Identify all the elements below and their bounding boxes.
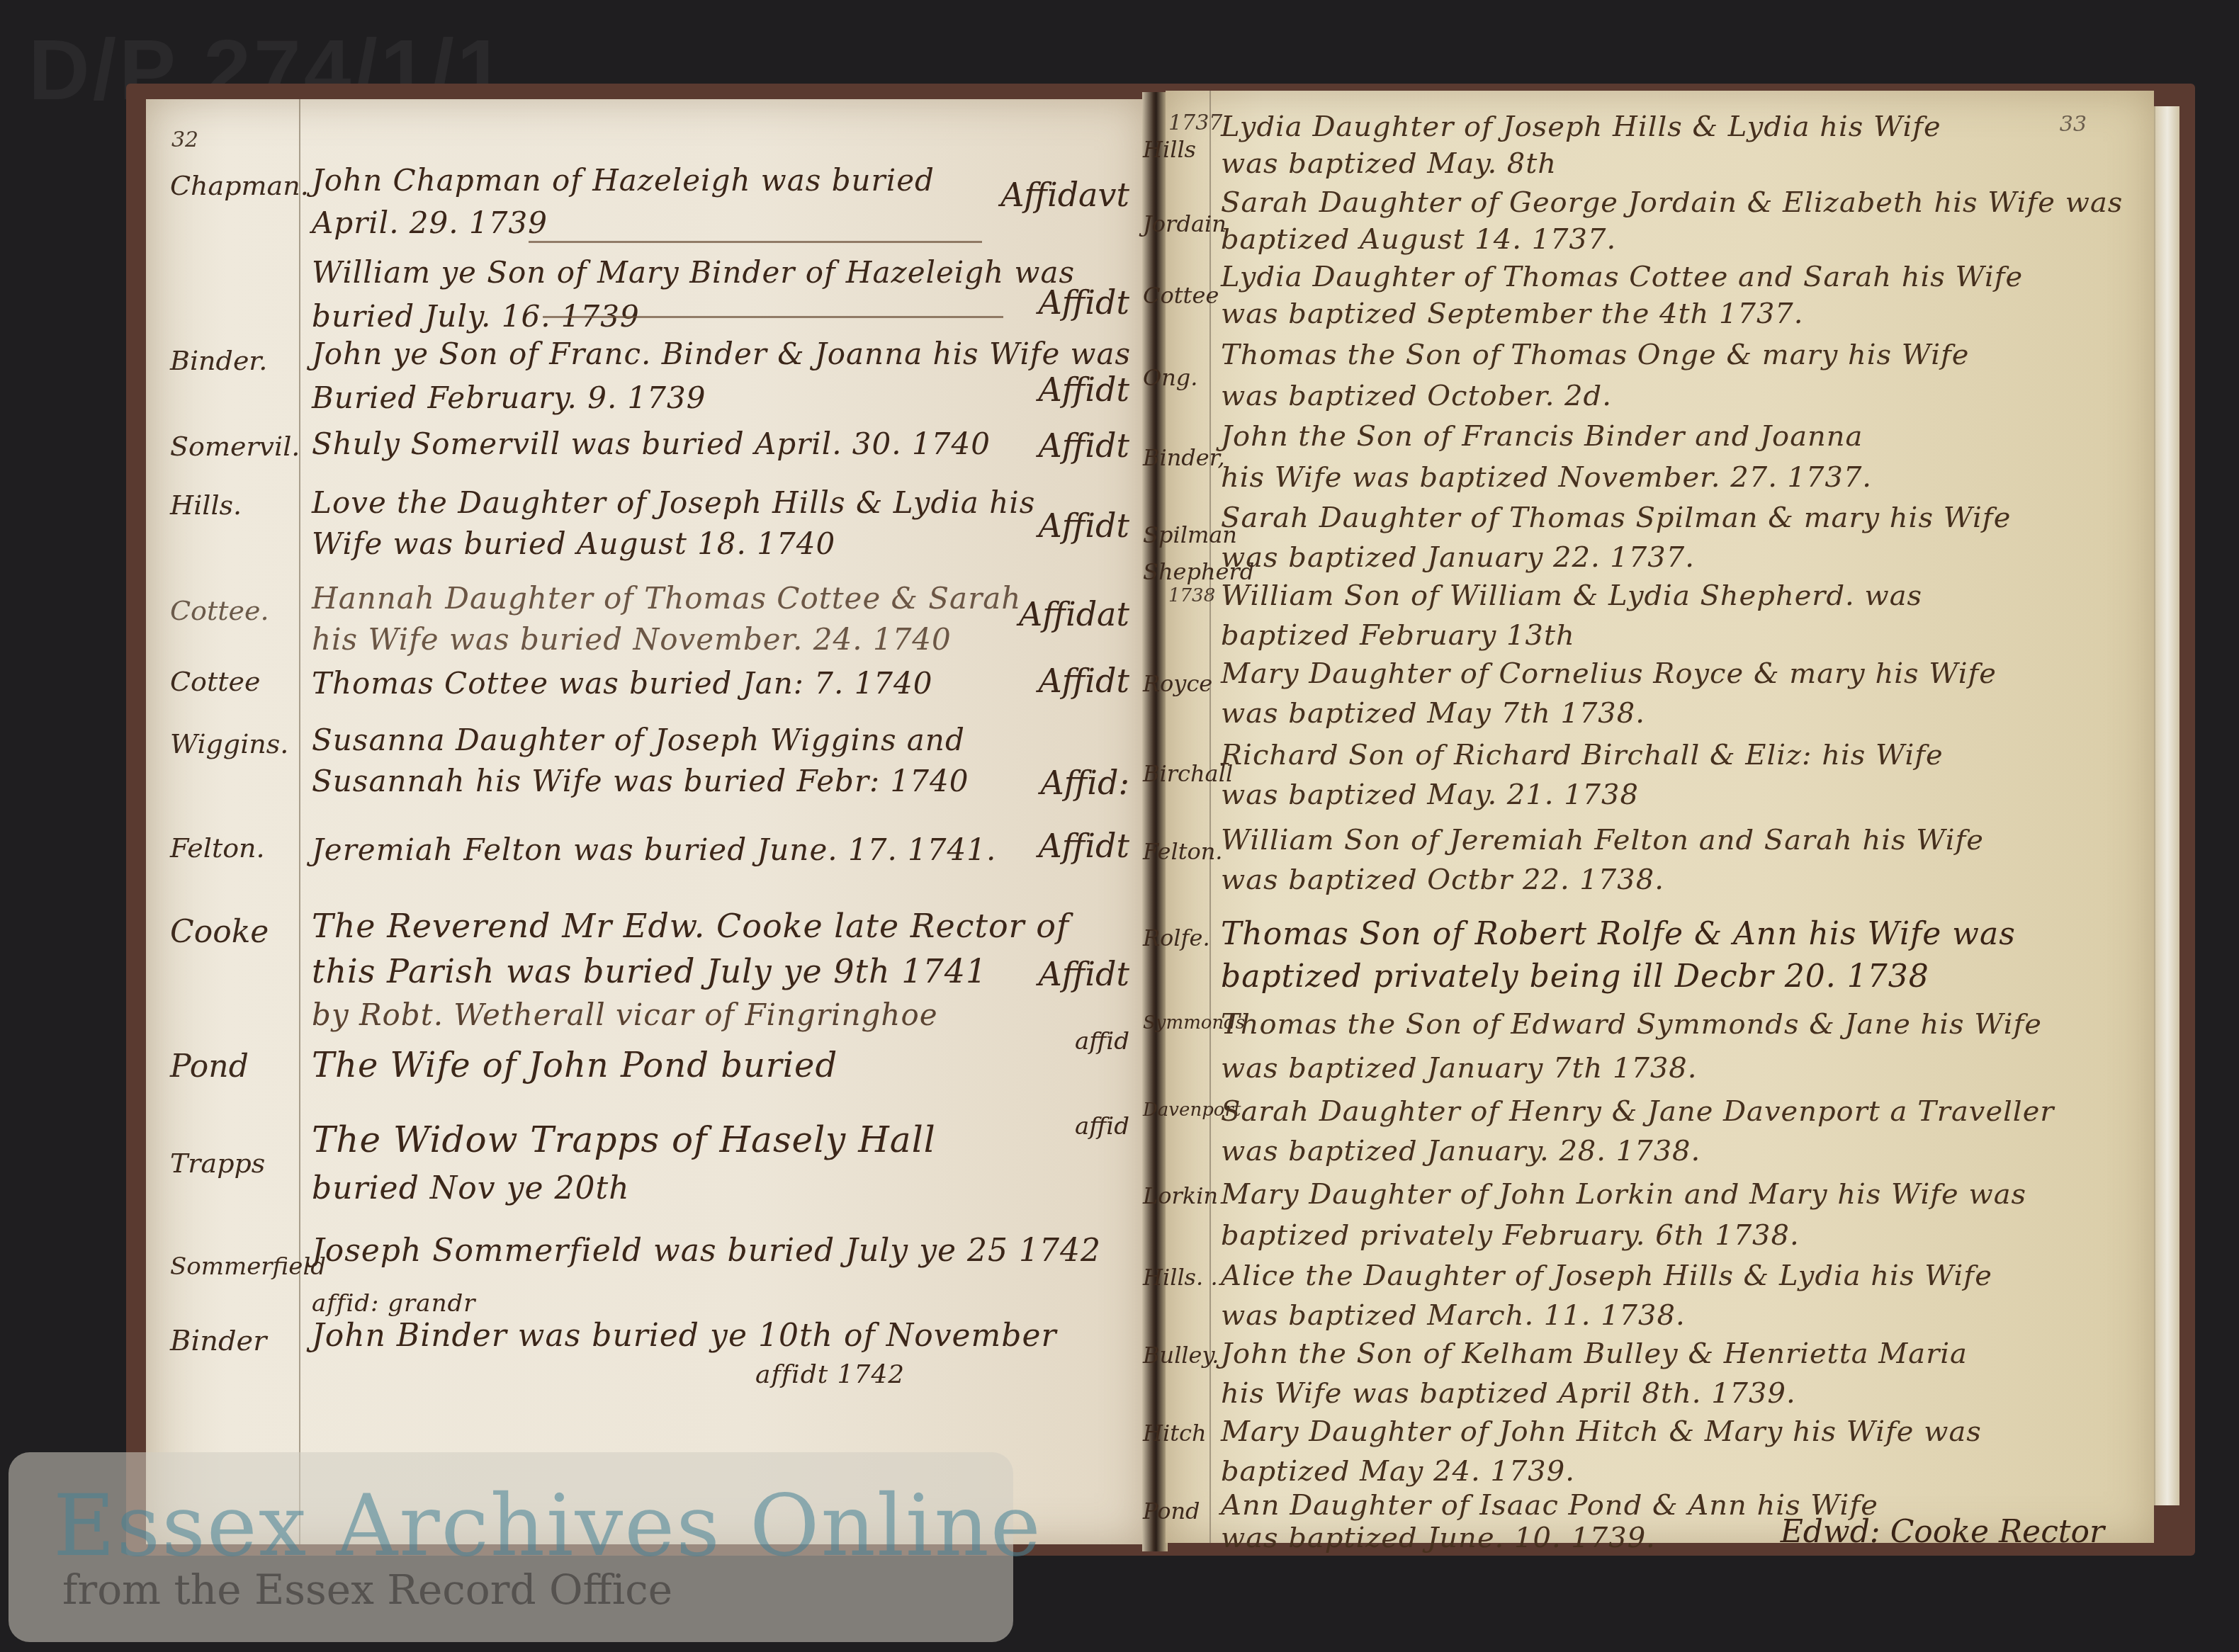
entry-line: John ye Son of Franc. Binder & Joanna hi… bbox=[312, 336, 1131, 371]
entry-surname: Hills. bbox=[170, 490, 298, 521]
entry-line: William ye Son of Mary Binder of Hazelei… bbox=[312, 255, 1075, 290]
entry-line: Susanna Daughter of Joseph Wiggins and bbox=[312, 723, 965, 757]
entry-line: baptized February 13th bbox=[1221, 619, 1575, 652]
margin-rule bbox=[299, 99, 300, 1544]
entry-line: The Wife of John Pond buried bbox=[312, 1046, 837, 1085]
watermark-subtitle: from the Essex Record Office bbox=[62, 1566, 672, 1614]
entry-surname: Sommerfield bbox=[170, 1252, 298, 1281]
entry-line: Thomas the Son of Edward Symmonds & Jane… bbox=[1221, 1008, 2042, 1041]
entry-line: baptized August 14. 1737. bbox=[1221, 223, 1616, 256]
right-page: 33 1737. 1738 Hills Lydia Daughter of Jo… bbox=[1166, 91, 2154, 1543]
affidavit-note: Affidt bbox=[1039, 283, 1129, 322]
entry-line: Thomas Son of Robert Rolfe & Ann his Wif… bbox=[1221, 916, 2016, 952]
entry-line: Joseph Sommerfield was buried July ye 25… bbox=[312, 1233, 1101, 1269]
entry-line: Lydia Daughter of Joseph Hills & Lydia h… bbox=[1221, 111, 1941, 143]
entry-surname: Symmonds bbox=[1143, 1012, 1208, 1034]
entry-line: was baptized September the 4th 1737. bbox=[1221, 298, 1804, 330]
entry-line: Hannah Daughter of Thomas Cottee & Sarah bbox=[312, 581, 1021, 616]
entry-line: John Binder was buried ye 10th of Novemb… bbox=[312, 1318, 1057, 1354]
entry-surname: Chapman. bbox=[170, 170, 298, 201]
affidavit-note: Affidt bbox=[1039, 955, 1129, 993]
entry-line: April. 29. 1739 bbox=[312, 205, 548, 240]
entry-surname: Pond bbox=[1143, 1498, 1208, 1524]
entry-surname: Spilman bbox=[1143, 521, 1208, 548]
entry-line: John the Son of Francis Binder and Joann… bbox=[1221, 420, 1863, 453]
entry-line: was baptized Octbr 22. 1738. bbox=[1221, 864, 1664, 896]
entry-line: William Son of William & Lydia Shepherd.… bbox=[1221, 579, 1922, 612]
entry-surname: Binder bbox=[170, 1325, 298, 1357]
entry-line: baptized May 24. 1739. bbox=[1221, 1455, 1575, 1488]
entry-surname: Cottee. bbox=[170, 595, 298, 626]
entry-line: his Wife was baptized November. 27. 1737… bbox=[1221, 461, 1872, 494]
entry-line: Mary Daughter of John Hitch & Mary his W… bbox=[1221, 1415, 1982, 1448]
entry-line: was baptized May 7th 1738. bbox=[1221, 697, 1645, 730]
entry-line: Alice the Daughter of Joseph Hills & Lyd… bbox=[1221, 1260, 1992, 1292]
entry-surname: Hitch bbox=[1143, 1420, 1208, 1447]
entry-line: Sarah Daughter of George Jordain & Eliza… bbox=[1221, 186, 2123, 219]
entry-line: The Widow Trapps of Hasely Hall bbox=[312, 1119, 936, 1160]
entry-line: baptized privately being ill Decbr 20. 1… bbox=[1221, 958, 1929, 995]
entry-line: his Wife was buried November. 24. 1740 bbox=[312, 622, 952, 657]
entry-line: John Chapman of Hazeleigh was buried bbox=[312, 163, 935, 198]
watermark-title: Essex Archives Online bbox=[53, 1477, 1042, 1575]
entry-surname: Pond bbox=[170, 1048, 298, 1085]
entry-surname: Birchall bbox=[1143, 760, 1208, 787]
entry-surname: Wiggins. bbox=[170, 728, 298, 759]
affidavit-note: Affid: bbox=[1041, 764, 1129, 802]
entry-line: Thomas Cottee was buried Jan: 7. 1740 bbox=[312, 666, 933, 701]
entry-line: Thomas the Son of Thomas Onge & mary his… bbox=[1221, 339, 1969, 371]
entry-surname: Ong. bbox=[1143, 364, 1208, 391]
entry-line: by Robt. Wetherall vicar of Fingringhoe bbox=[312, 997, 938, 1032]
page-number: 33 bbox=[2060, 112, 2087, 137]
entry-surname: Bulley. bbox=[1143, 1342, 1208, 1369]
affidavit-note: Affidt bbox=[1039, 827, 1129, 865]
entry-surname: Hills bbox=[1143, 136, 1208, 163]
entry-line: affid: grandr bbox=[312, 1289, 476, 1318]
entry-line: Ann Daughter of Isaac Pond & Ann his Wif… bbox=[1221, 1489, 1878, 1522]
entry-surname: Binder, bbox=[1143, 444, 1208, 471]
affidavit-note: Affidt bbox=[1039, 370, 1129, 409]
entry-surname: Royce bbox=[1143, 670, 1208, 697]
year-heading: 1737. bbox=[1168, 111, 1229, 135]
entry-divider bbox=[543, 316, 1003, 318]
entry-line: William Son of Jeremiah Felton and Sarah… bbox=[1221, 824, 1984, 856]
entry-surname: Cooke bbox=[170, 914, 298, 950]
left-page: 32 Chapman. John Chapman of Hazeleigh wa… bbox=[146, 99, 1145, 1544]
year-note: 1738 bbox=[1168, 585, 1215, 606]
entry-surname: Rolfe. bbox=[1143, 924, 1208, 951]
entry-surname: Jordain bbox=[1143, 210, 1208, 237]
affidavit-note: affid bbox=[1075, 1027, 1129, 1056]
entry-line: was baptized June. 10. 1739. bbox=[1221, 1522, 1656, 1554]
entry-line: was baptized March. 11. 1738. bbox=[1221, 1299, 1686, 1332]
entry-surname: Davenport. bbox=[1143, 1099, 1208, 1121]
entry-line: Shuly Somervill was buried April. 30. 17… bbox=[312, 426, 991, 461]
entry-line: was baptized May. 21. 1738 bbox=[1221, 779, 1639, 811]
affidavit-note: Affidavt bbox=[1000, 176, 1129, 214]
affidavit-note: Affidt bbox=[1039, 507, 1129, 545]
entry-line: Sarah Daughter of Thomas Spilman & mary … bbox=[1221, 502, 2011, 534]
entry-line: Richard Son of Richard Birchall & Eliz: … bbox=[1221, 739, 1944, 771]
affidavit-note: Affidat bbox=[1019, 595, 1129, 633]
entry-line: Mary Daughter of Cornelius Royce & mary … bbox=[1221, 657, 1997, 690]
rector-signature: Edwd: Cooke Rector bbox=[1781, 1514, 2104, 1550]
entry-line: Susannah his Wife was buried Febr: 1740 bbox=[312, 764, 969, 798]
affidavit-note: Affidt bbox=[1039, 426, 1129, 465]
page-edges bbox=[2154, 106, 2179, 1505]
entry-line: Mary Daughter of John Lorkin and Mary hi… bbox=[1221, 1178, 2026, 1211]
entry-line: Sarah Daughter of Henry & Jane Davenport… bbox=[1221, 1095, 2054, 1128]
entry-surname: Trapps bbox=[170, 1148, 298, 1179]
entry-line: Wife was buried August 18. 1740 bbox=[312, 526, 835, 561]
entry-line: Jeremiah Felton was buried June. 17. 174… bbox=[312, 832, 996, 867]
entry-surname: Cottee bbox=[170, 666, 298, 697]
entry-surname: Somervil. bbox=[170, 431, 298, 462]
entry-line: John the Son of Kelham Bulley & Henriett… bbox=[1221, 1337, 1968, 1370]
affidavit-note: Affidt bbox=[1039, 662, 1129, 700]
entry-line: baptized privately February. 6th 1738. bbox=[1221, 1219, 1800, 1252]
entry-surname: Hills. . bbox=[1143, 1264, 1208, 1291]
entry-line: was baptized May. 8th bbox=[1221, 147, 1557, 180]
entry-line: his Wife was baptized April 8th. 1739. bbox=[1221, 1377, 1796, 1410]
entry-surname: Lorkin bbox=[1143, 1182, 1208, 1209]
affidavit-note: affid bbox=[1075, 1112, 1129, 1141]
entry-line: Love the Daughter of Joseph Hills & Lydi… bbox=[312, 485, 1035, 520]
entry-line: this Parish was buried July ye 9th 1741 bbox=[312, 952, 987, 990]
entry-line: was baptized October. 2d. bbox=[1221, 380, 1612, 412]
book-gutter bbox=[1142, 92, 1168, 1551]
page-number: 32 bbox=[171, 128, 198, 152]
entry-surname: Felton. bbox=[170, 832, 298, 864]
entry-surname: Felton. bbox=[1143, 838, 1208, 865]
entry-line: buried Nov ye 20th bbox=[312, 1170, 630, 1206]
entry-line: affidt 1742 bbox=[755, 1360, 905, 1389]
entry-line: was baptized January 7th 1738. bbox=[1221, 1052, 1698, 1085]
entry-surname: Shepherd bbox=[1143, 558, 1208, 585]
entry-surname: Cottee bbox=[1143, 282, 1208, 309]
entry-surname: Binder. bbox=[170, 345, 298, 376]
entry-line: Lydia Daughter of Thomas Cottee and Sara… bbox=[1221, 261, 2023, 293]
entry-divider bbox=[529, 241, 982, 243]
entry-line: The Reverend Mr Edw. Cooke late Rector o… bbox=[312, 907, 1069, 945]
entry-line: was baptized January 22. 1737. bbox=[1221, 541, 1695, 574]
entry-line: Buried February. 9. 1739 bbox=[312, 380, 706, 415]
entry-line: was baptized January. 28. 1738. bbox=[1221, 1135, 1701, 1167]
